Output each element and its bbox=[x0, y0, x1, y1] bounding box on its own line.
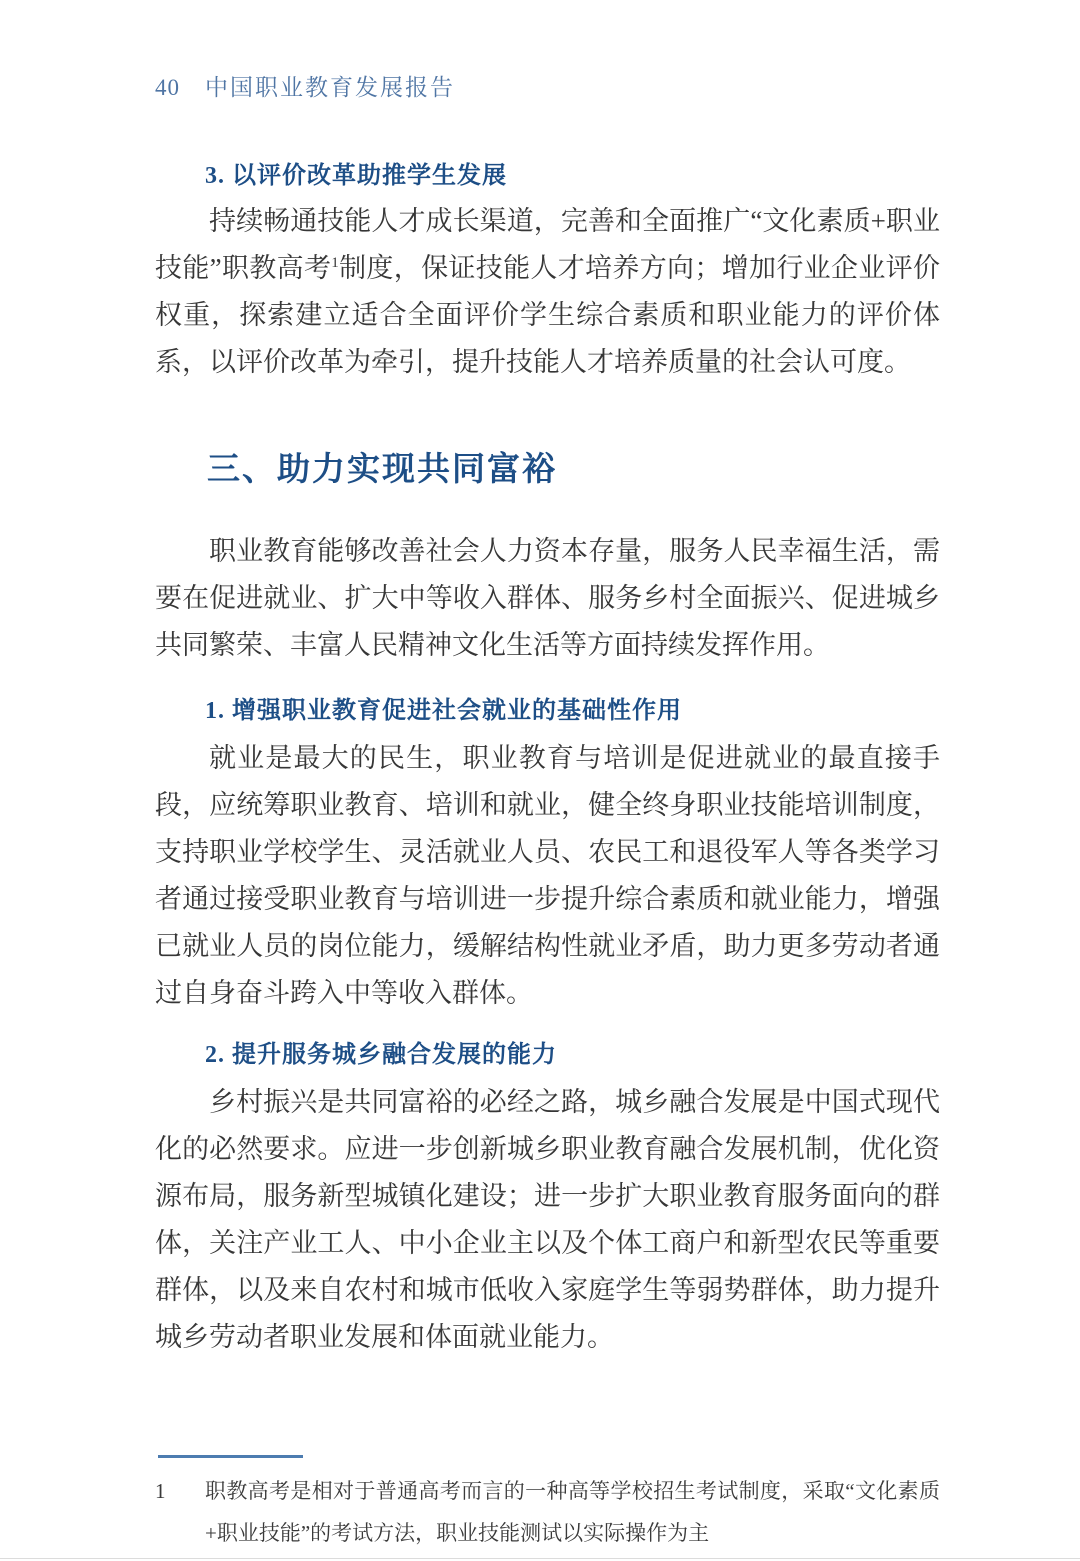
footnote-text: 职教高考是相对于普通高考而言的一种高等学校招生考试制度，采取“文化素质+职业技能… bbox=[205, 1470, 940, 1554]
report-title: 中国职业教育发展报告 bbox=[205, 72, 455, 104]
document-page: 40 中国职业教育发展报告 3. 以评价改革助推学生发展 持续畅通技能人才成长渠… bbox=[0, 0, 1080, 1561]
subsection-3-paragraph: 持续畅通技能人才成长渠道，完善和全面推广“文化素质+职业技能”职教高考1制度，保… bbox=[155, 198, 940, 386]
subsection-3-heading: 3. 以评价改革助推学生发展 bbox=[205, 160, 940, 192]
main-section-intro-paragraph: 职业教育能够改善社会人力资本存量，服务人民幸福生活，需要在促进就业、扩大中等收入… bbox=[155, 528, 940, 669]
footnote-marker: 1 bbox=[155, 1470, 205, 1554]
subsection-2-paragraph: 乡村振兴是共同富裕的必经之路，城乡融合发展是中国式现代化的必然要求。应进一步创新… bbox=[155, 1079, 940, 1361]
subsection-2-heading: 2. 提升服务城乡融合发展的能力 bbox=[205, 1039, 940, 1071]
footnote-divider bbox=[158, 1455, 303, 1458]
page-header: 40 中国职业教育发展报告 bbox=[155, 72, 940, 104]
subsection-1-paragraph: 就业是最大的民生，职业教育与培训是促进就业的最直接手段，应统筹职业教育、培训和就… bbox=[155, 735, 940, 1017]
footnote-reference: 1 bbox=[331, 255, 339, 271]
footnote: 1 职教高考是相对于普通高考而言的一种高等学校招生考试制度，采取“文化素质+职业… bbox=[155, 1470, 940, 1554]
page-bottom-edge bbox=[0, 1558, 1080, 1559]
subsection-1-heading: 1. 增强职业教育促进社会就业的基础性作用 bbox=[205, 695, 940, 727]
main-section-heading: 三、助力实现共同富裕 bbox=[207, 448, 940, 492]
page-number: 40 bbox=[155, 72, 180, 104]
